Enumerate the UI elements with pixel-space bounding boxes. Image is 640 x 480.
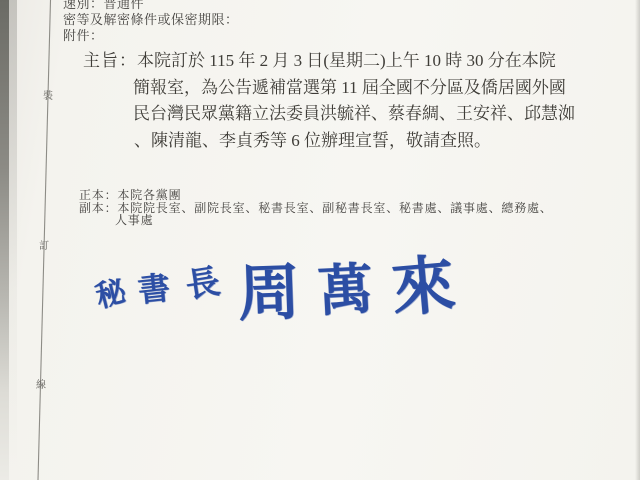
subject-line-1-text: 本院訂於 115 年 2 月 3 日(星期二)上午 10 時 30 分在本院 — [137, 51, 556, 70]
header-attachment-line: 附件： — [63, 25, 104, 44]
stamp-title-char-2: 書 — [136, 271, 171, 306]
binding-char-xian: 線 — [36, 376, 46, 391]
distribution-copy-line-cont: 人事處 — [115, 211, 153, 228]
stamp-name-char-2: 萬 — [317, 262, 375, 320]
stamp-name-char-3: 來 — [389, 253, 457, 321]
subject-line-1: 主旨：本院訂於 115 年 2 月 3 日(星期二)上午 10 時 30 分在本… — [83, 46, 556, 71]
stamp-title-char-3: 長 — [184, 266, 223, 305]
stamp-name-char-1: 周 — [237, 262, 301, 326]
binding-char-zhuang: 裝 — [43, 87, 53, 102]
binding-line — [0, 0, 640, 480]
binding-char-ding: 訂 — [39, 237, 49, 252]
document-scan-page: 裝 訂 線 速別：普通件 密等及解密條件或保密期限： 附件： 主旨：本院訂於 1… — [0, 0, 640, 480]
subject-line-4: 、陳清龍、李貞秀等 6 位辦理宣誓，敬請查照。 — [134, 126, 491, 151]
subject-label: 主旨： — [83, 51, 137, 70]
subject-line-2: 簡報室，為公告遞補當選第 11 屆全國不分區及僑居國外國 — [133, 73, 566, 98]
subject-line-3: 民台灣民眾黨籍立法委員洪毓祥、蔡春綢、王安祥、邱慧洳 — [133, 99, 575, 124]
